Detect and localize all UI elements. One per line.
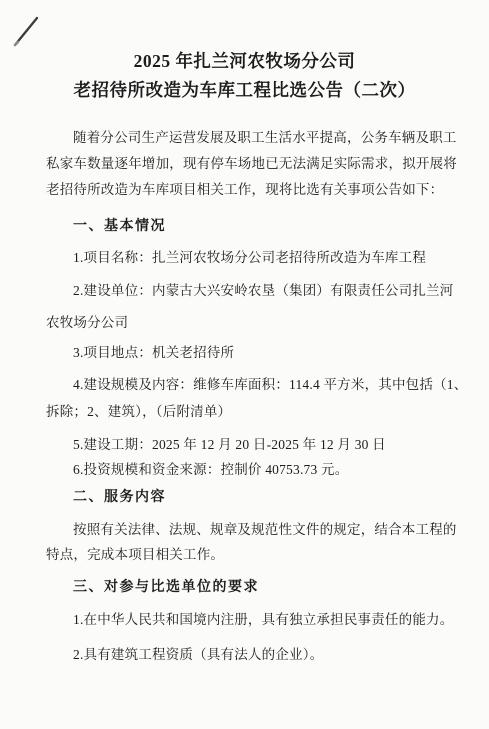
section-service-content-heading: 二、服务内容 [46, 487, 166, 505]
item-construction-unit-line-2: 农牧场分公司 [46, 314, 128, 332]
service-content-line-2: 特点，完成本项目相关工作。 [46, 546, 224, 564]
document-title-line-1: 2025 年扎兰河农牧场分公司 [0, 49, 489, 73]
item-investment-funding: 6.投资规模和资金来源：控制价 40753.73 元。 [46, 461, 348, 479]
intro-paragraph-line-1: 随着分公司生产运营发展及职工生活水平提高，公务车辆及职工 [46, 129, 457, 147]
item-project-location: 3.项目地点：机关老招待所 [46, 344, 234, 362]
section-basic-info-heading: 一、基本情况 [46, 216, 166, 234]
item-scale-content-line-1: 4.建设规模及内容：维修车库面积：114.4 平方米，其中包括（1、 [46, 376, 467, 394]
item-scale-content-line-2: 拆除；2、建筑），（后附清单） [46, 403, 231, 421]
requirement-item-2: 2.具有建筑工程资质（具有法人的企业）。 [46, 646, 323, 664]
item-construction-unit-line-1: 2.建设单位：内蒙古大兴安岭农垦（集团）有限责任公司扎兰河 [46, 282, 453, 300]
requirement-item-1: 1.在中华人民共和国境内注册，具有独立承担民事责任的能力。 [46, 611, 453, 629]
item-construction-period: 5.建设工期：2025 年 12 月 20 日-2025 年 12 月 30 日 [46, 436, 386, 454]
intro-paragraph-line-2: 私家车数量逐年增加，现有停车场地已无法满足实际需求，拟开展将 [46, 155, 457, 173]
service-content-line-1: 按照有关法律、法规、规章及规范性文件的规定，结合本工程的 [46, 521, 457, 539]
handwritten-slash-mark [10, 12, 44, 52]
section-bidder-requirements-heading: 三、对参与比选单位的要求 [46, 577, 259, 595]
document-title-line-2: 老招待所改造为车库工程比选公告（二次） [0, 78, 489, 102]
scanned-document-page: 2025 年扎兰河农牧场分公司 老招待所改造为车库工程比选公告（二次） 随着分公… [0, 0, 489, 729]
intro-paragraph-line-3: 老招待所改造为车库项目相关工作，现将比选有关事项公告如下： [46, 181, 443, 199]
item-project-name: 1.项目名称：扎兰河农牧场分公司老招待所改造为车库工程 [46, 249, 426, 267]
